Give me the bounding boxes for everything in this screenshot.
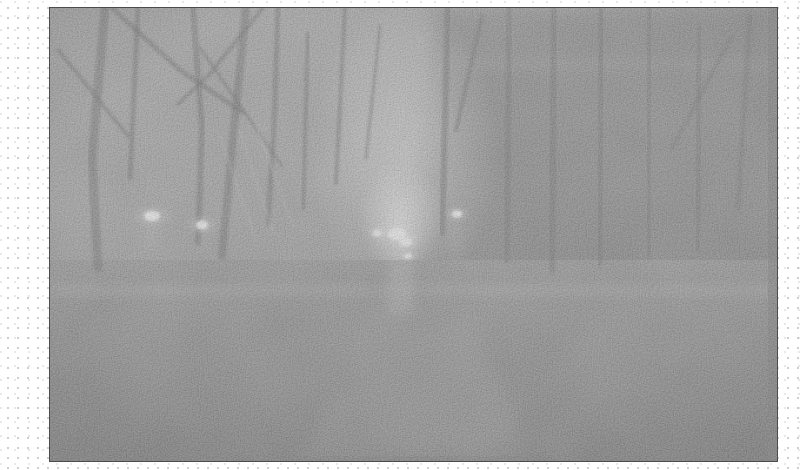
road-photograph bbox=[50, 8, 777, 461]
grain-overlay bbox=[50, 8, 777, 461]
photo-canvas bbox=[50, 8, 777, 461]
scanned-page bbox=[0, 0, 800, 470]
